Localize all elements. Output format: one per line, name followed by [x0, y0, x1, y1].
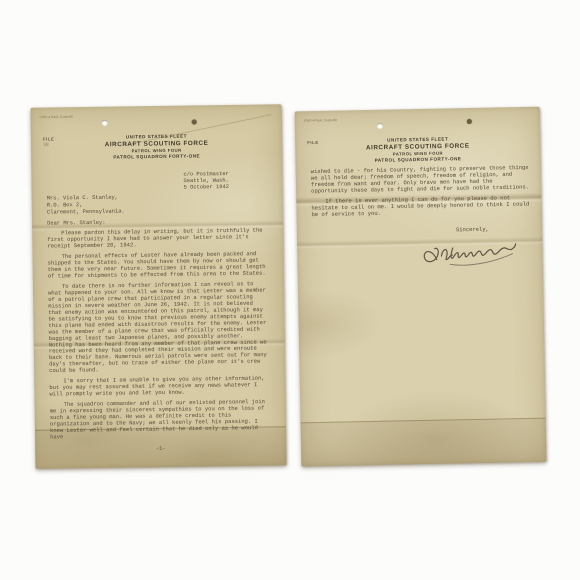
paragraph: Please pardon this delay in writing, but…: [47, 227, 268, 250]
fold-shadow: [301, 418, 547, 467]
paragraph: The squadron commander and all of our en…: [50, 399, 272, 441]
dateline-line: c/o Postmaster: [183, 171, 228, 178]
letterhead-line: PATROL WING FOUR: [31, 146, 282, 155]
crease-line: [34, 338, 285, 350]
photo-background: CWP-4 Navl. Form-80 FILE 38 UNITED STATE…: [0, 0, 580, 580]
form-number: CWP-4 Navl. Form-80: [304, 119, 337, 123]
letter-page-2: CWP-4 Navl. Form-80 FILE UNITED STATES F…: [295, 107, 547, 467]
file-stamp: FILE: [307, 140, 319, 145]
dateline: c/o Postmaster Seattle, Wash. 5 October …: [183, 171, 229, 191]
file-label: FILE: [307, 140, 319, 145]
address-line: Claremont, Pennsylvania.: [47, 208, 125, 216]
fastener-hole: [467, 119, 472, 124]
paragraph: The personal effects of Lester have alre…: [48, 251, 269, 280]
letterhead-line: PATROL WING FOUR: [295, 149, 540, 159]
paragraph: wished to die - for his Country, fightin…: [311, 165, 529, 195]
letterhead: UNITED STATES FLEET AIRCRAFT SCOUTING FO…: [31, 132, 282, 161]
letter-body: wished to die - for his Country, fightin…: [311, 165, 530, 223]
fastener-hole: [192, 119, 197, 124]
file-stamp: FILE 38: [43, 136, 55, 147]
paragraph: I'm sorry that I am unable to give you a…: [49, 376, 270, 399]
crease-line: [32, 220, 283, 232]
salutation: Dear Mrs. Stanley:: [47, 220, 105, 227]
page-number: -1-: [35, 444, 286, 454]
closing: Sincerely,: [456, 227, 489, 234]
address-line: Mrs. Viola C. Stanley,: [47, 194, 125, 202]
file-label: FILE: [43, 136, 55, 141]
letterhead-line: UNITED STATES FLEET: [31, 132, 282, 141]
letter-body: Please pardon this delay in writing, but…: [47, 227, 271, 445]
file-number: 38: [43, 142, 55, 147]
punch-hole: [377, 123, 383, 129]
signature-scribble: [418, 228, 535, 281]
letter-page-1: CWP-4 Navl. Form-80 FILE 38 UNITED STATE…: [30, 104, 286, 468]
letterhead-line: UNITED STATES FLEET: [295, 135, 540, 145]
punch-hole: [102, 120, 108, 126]
fold-shadow: [35, 426, 287, 469]
recipient-address: Mrs. Viola C. Stanley, R.D. Box 2, Clare…: [47, 194, 125, 216]
paragraph: To date there is no further information …: [48, 281, 270, 375]
address-line: R.D. Box 2,: [47, 201, 125, 209]
dateline-line: Seattle, Wash.: [183, 178, 228, 185]
letterhead-line: AIRCRAFT SCOUTING FORCE: [31, 138, 282, 149]
crease-line: [124, 114, 271, 146]
letterhead-line: PATROL SQUADRON FORTY-ONE: [296, 155, 541, 165]
crease-line: [296, 193, 541, 208]
paragraph: If there is ever anything I can do for y…: [311, 195, 529, 219]
crease-line: [297, 237, 542, 250]
letterhead-line: AIRCRAFT SCOUTING FORCE: [295, 141, 540, 153]
form-number: CWP-4 Navl. Form-80: [40, 115, 73, 119]
letterhead: UNITED STATES FLEET AIRCRAFT SCOUTING FO…: [295, 135, 540, 165]
letterhead-line: PATROL SQUADRON FORTY-ONE: [31, 152, 282, 161]
dateline-line: 5 October 1942: [184, 184, 229, 191]
